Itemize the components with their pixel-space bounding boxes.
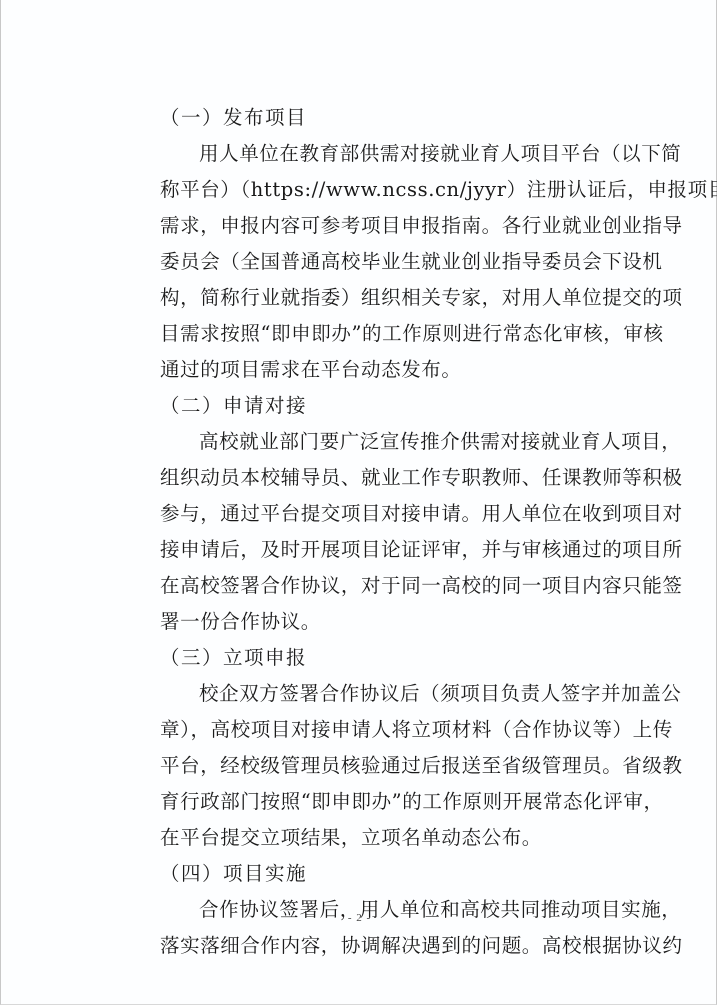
text-line: 目需求按照“即申即办”的工作原则进行常态化审核，审核	[121, 316, 597, 352]
paragraph-apply-matching: 高校就业部门要广泛宣传推介供需对接就业育人项目， 组织动员本校辅导员、就业工作专…	[121, 424, 597, 640]
text-line: 平台，经校级管理员核验通过后报送至省级管理员。省级教	[121, 748, 597, 784]
text-line: 用人单位在教育部供需对接就业育人项目平台（以下简	[121, 136, 597, 172]
section-heading-apply-matching: （二）申请对接	[121, 388, 597, 424]
text-line: 接申请后，及时开展项目论证评审，并与审核通过的项目所	[121, 532, 597, 568]
text-line: 在高校签署合作协议，对于同一高校的同一项目内容只能签	[121, 568, 597, 604]
text-line: 落实落细合作内容，协调解决遇到的问题。高校根据协议约	[121, 928, 597, 964]
text-line: 在平台提交立项结果，立项名单动态公布。	[121, 820, 597, 856]
text-line: 构，简称行业就指委）组织相关专家，对用人单位提交的项	[121, 280, 597, 316]
text-line: 育行政部门按照“即申即办”的工作原则开展常态化评审，	[121, 784, 597, 820]
document-body: （一）发布项目 用人单位在教育部供需对接就业育人项目平台（以下简 称平台）（ht…	[121, 100, 597, 964]
text-line: 参与，通过平台提交项目对接申请。用人单位在收到项目对	[121, 496, 597, 532]
text-line: 高校就业部门要广泛宣传推介供需对接就业育人项目，	[121, 424, 597, 460]
section-heading-project-declaration: （三）立项申报	[121, 640, 597, 676]
section-heading-publish-project: （一）发布项目	[121, 100, 597, 136]
text-line: 章），高校项目对接申请人将立项材料（合作协议等）上传	[121, 712, 597, 748]
text-line: 委员会（全国普通高校毕业生就业创业指导委员会下设机	[121, 244, 597, 280]
paragraph-publish-project: 用人单位在教育部供需对接就业育人项目平台（以下简 称平台）（https://ww…	[121, 136, 597, 388]
paragraph-project-implementation: 合作协议签署后，用人单位和高校共同推动项目实施， 落实落细合作内容，协调解决遇到…	[121, 892, 597, 964]
text-line: 组织动员本校辅导员、就业工作专职教师、任课教师等积极	[121, 460, 597, 496]
document-page: （一）发布项目 用人单位在教育部供需对接就业育人项目平台（以下简 称平台）（ht…	[0, 0, 717, 1005]
text-line-with-link: 称平台）（https://www.ncss.cn/jyyr）注册认证后，申报项目	[121, 172, 597, 208]
text-line: 署一份合作协议。	[121, 604, 597, 640]
text-line: 通过的项目需求在平台动态发布。	[121, 352, 597, 388]
paragraph-project-declaration: 校企双方签署合作协议后（须项目负责人签字并加盖公 章），高校项目对接申请人将立项…	[121, 676, 597, 856]
text-line: 校企双方签署合作协议后（须项目负责人签字并加盖公	[121, 676, 597, 712]
section-heading-project-implementation: （四）项目实施	[121, 856, 597, 892]
page-number: - 2 -	[1, 912, 717, 924]
text-line: 需求，申报内容可参考项目申报指南。各行业就业创业指导	[121, 208, 597, 244]
